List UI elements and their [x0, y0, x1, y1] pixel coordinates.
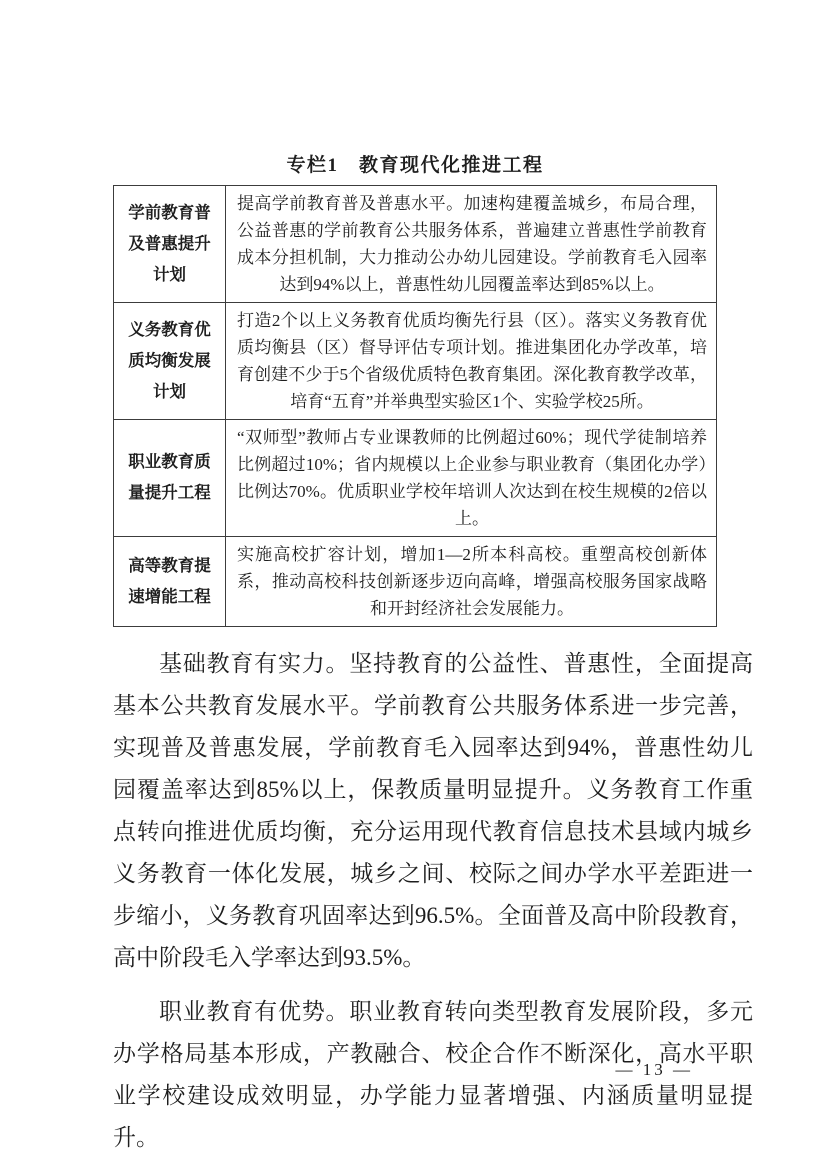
program-table: 学前教育普及普惠提升计划 提高学前教育普及普惠水平。加速构建覆盖城乡，布局合理，… [113, 185, 717, 627]
row-label-higher-education: 高等教育提速增能工程 [114, 537, 226, 627]
table-row: 学前教育普及普惠提升计划 提高学前教育普及普惠水平。加速构建覆盖城乡，布局合理，… [114, 186, 717, 303]
row-content-vocational: “双师型”教师占专业课教师的比例超过60%；现代学徒制培养比例超过10%；省内规… [226, 420, 717, 537]
row-content-preschool: 提高学前教育普及普惠水平。加速构建覆盖城乡，布局合理，公益普惠的学前教育公共服务… [226, 186, 717, 303]
table-row: 高等教育提速增能工程 实施高校扩容计划，增加1—2所本科高校。重塑高校创新体系，… [114, 537, 717, 627]
row-content-compulsory: 打造2个以上义务教育优质均衡先行县（区）。落实义务教育优质均衡县（区）督导评估专… [226, 303, 717, 420]
row-content-higher-education: 实施高校扩容计划，增加1—2所本科高校。重塑高校创新体系，推动高校科技创新逐步迈… [226, 537, 717, 627]
document-page: 专栏1 教育现代化推进工程 学前教育普及普惠提升计划 提高学前教育普及普惠水平。… [0, 0, 826, 1169]
row-label-compulsory: 义务教育优质均衡发展计划 [114, 303, 226, 420]
page-content: 专栏1 教育现代化推进工程 学前教育普及普惠提升计划 提高学前教育普及普惠水平。… [113, 150, 755, 1159]
table-row: 义务教育优质均衡发展计划 打造2个以上义务教育优质均衡先行县（区）。落实义务教育… [114, 303, 717, 420]
paragraph-basic-education: 基础教育有实力。坚持教育的公益性、普惠性，全面提高基本公共教育发展水平。学前教育… [113, 643, 753, 979]
table-row: 职业教育质量提升工程 “双师型”教师占专业课教师的比例超过60%；现代学徒制培养… [114, 420, 717, 537]
row-label-preschool: 学前教育普及普惠提升计划 [114, 186, 226, 303]
row-label-vocational: 职业教育质量提升工程 [114, 420, 226, 537]
table-title: 专栏1 教育现代化推进工程 [113, 150, 717, 177]
page-number: — 13 — [616, 1060, 694, 1080]
